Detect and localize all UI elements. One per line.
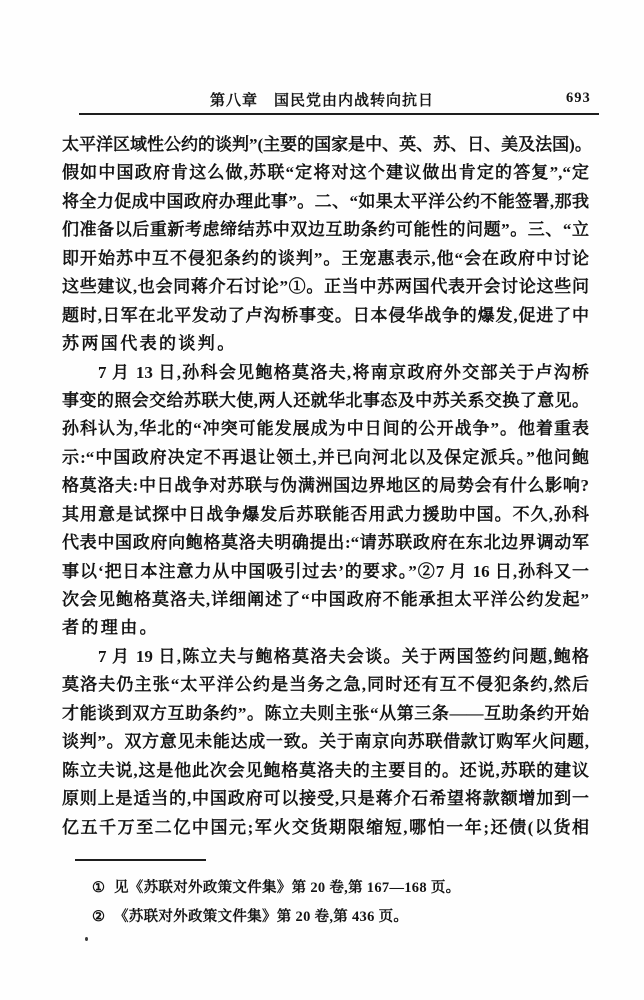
text-line: 其用意是试探中日战争爆发后苏联能否用武力援助中国。不久,孙科 <box>62 501 589 529</box>
running-head-chapter-title: 第八章 国民党由内战转向抗日 <box>0 89 644 110</box>
text-line: 题时,日军在北平发动了卢沟桥事变。日本侵华战争的爆发,促进了中 <box>62 302 589 330</box>
text-line: 这些建议,也会同蒋介石讨论”①。正当中苏两国代表开会讨论这些问 <box>62 273 589 301</box>
text-line: 将全力促成中国政府办理此事”。二、“如果太平洋公约不能签署,那我 <box>62 188 589 216</box>
book-page: 第八章 国民党由内战转向抗日 693 太平洋区域性公约的谈判”(主要的国家是中、… <box>0 0 644 1000</box>
text-line-paragraph-end: 者的理由。 <box>62 614 589 642</box>
text-line: 原则上是适当的,中国政府可以接受,只是蒋介石希望将款额增加到一 <box>62 785 589 813</box>
text-line: 次会见鲍格莫洛夫,详细阐述了“中国政府不能承担太平洋公约发起” <box>62 586 589 614</box>
scan-artifact-dot <box>85 937 88 941</box>
footnote-separator-rule <box>75 859 206 861</box>
text-line: 陈立夫说,这是他此次会见鲍格莫洛夫的主要目的。还说,苏联的建议 <box>62 757 589 785</box>
text-line: 事以‘把日本注意力从中国吸引过去’的要求。”②7 月 16 日,孙科又一 <box>62 558 589 586</box>
text-line: 示:“中国政府决定不再退让领土,并已向河北以及保定派兵。”他问鲍 <box>62 444 589 472</box>
footnote-text: 《苏联对外政策文件集》第 20 卷,第 436 页。 <box>114 903 408 932</box>
text-line: 事变的照会交给苏联大使,两人还就华北事态及中苏关系交换了意见。 <box>62 387 589 415</box>
body-text-block: 太平洋区域性公约的谈判”(主要的国家是中、英、苏、日、美及法国)。 假如中国政府… <box>62 131 589 842</box>
text-line-paragraph-start: 7 月 19 日,陈立夫与鲍格莫洛夫会谈。关于两国签约问题,鲍格 <box>62 643 589 671</box>
footnote-marker: ② <box>92 903 114 932</box>
text-line: 莫洛夫仍主张“太平洋公约是当务之急,同时还有互不侵犯条约,然后 <box>62 671 589 699</box>
text-line-paragraph-end: 苏两国代表的谈判。 <box>62 330 589 358</box>
footnote-marker: ① <box>92 874 114 903</box>
text-line: 假如中国政府肯这么做,苏联“定将对这个建议做出肯定的答复”,“定 <box>62 159 589 187</box>
footnotes-block: ① 见《苏联对外政策文件集》第 20 卷,第 167—168 页。 ② 《苏联对… <box>62 874 589 932</box>
text-line: 代表中国政府向鲍格莫洛夫明确提出:“请苏联政府在东北边界调动军 <box>62 529 589 557</box>
text-line: 谈判”。双方意见未能达成一致。关于南京向苏联借款订购军火问题, <box>62 728 589 756</box>
text-line: 才能谈到双方互助条约”。陈立夫则主张“从第三条——互助条约开始 <box>62 700 589 728</box>
text-line: 亿五千万至二亿中国元;军火交货期限缩短,哪怕一年;还债(以货相 <box>62 814 589 842</box>
text-line-paragraph-start: 7 月 13 日,孙科会见鲍格莫洛夫,将南京政府外交部关于卢沟桥 <box>62 359 589 387</box>
footnote-text: 见《苏联对外政策文件集》第 20 卷,第 167—168 页。 <box>114 874 460 903</box>
text-line: 格莫洛夫:中日战争对苏联与伪满洲国边界地区的局势会有什么影响? <box>62 472 589 500</box>
text-line: 太平洋区域性公约的谈判”(主要的国家是中、英、苏、日、美及法国)。 <box>62 131 589 159</box>
header-rule <box>79 113 599 115</box>
footnote: ② 《苏联对外政策文件集》第 20 卷,第 436 页。 <box>62 903 589 932</box>
text-line: 们准备以后重新考虑缔结苏中双边互助条约可能性的问题”。三、“立 <box>62 216 589 244</box>
text-line: 孙科认为,华北的“冲突可能发展成为中日间的公开战争”。他着重表 <box>62 415 589 443</box>
footnote: ① 见《苏联对外政策文件集》第 20 卷,第 167—168 页。 <box>62 874 589 903</box>
text-line: 即开始苏中互不侵犯条约的谈判”。王宠惠表示,他“会在政府中讨论 <box>62 245 589 273</box>
page-number: 693 <box>566 90 591 107</box>
